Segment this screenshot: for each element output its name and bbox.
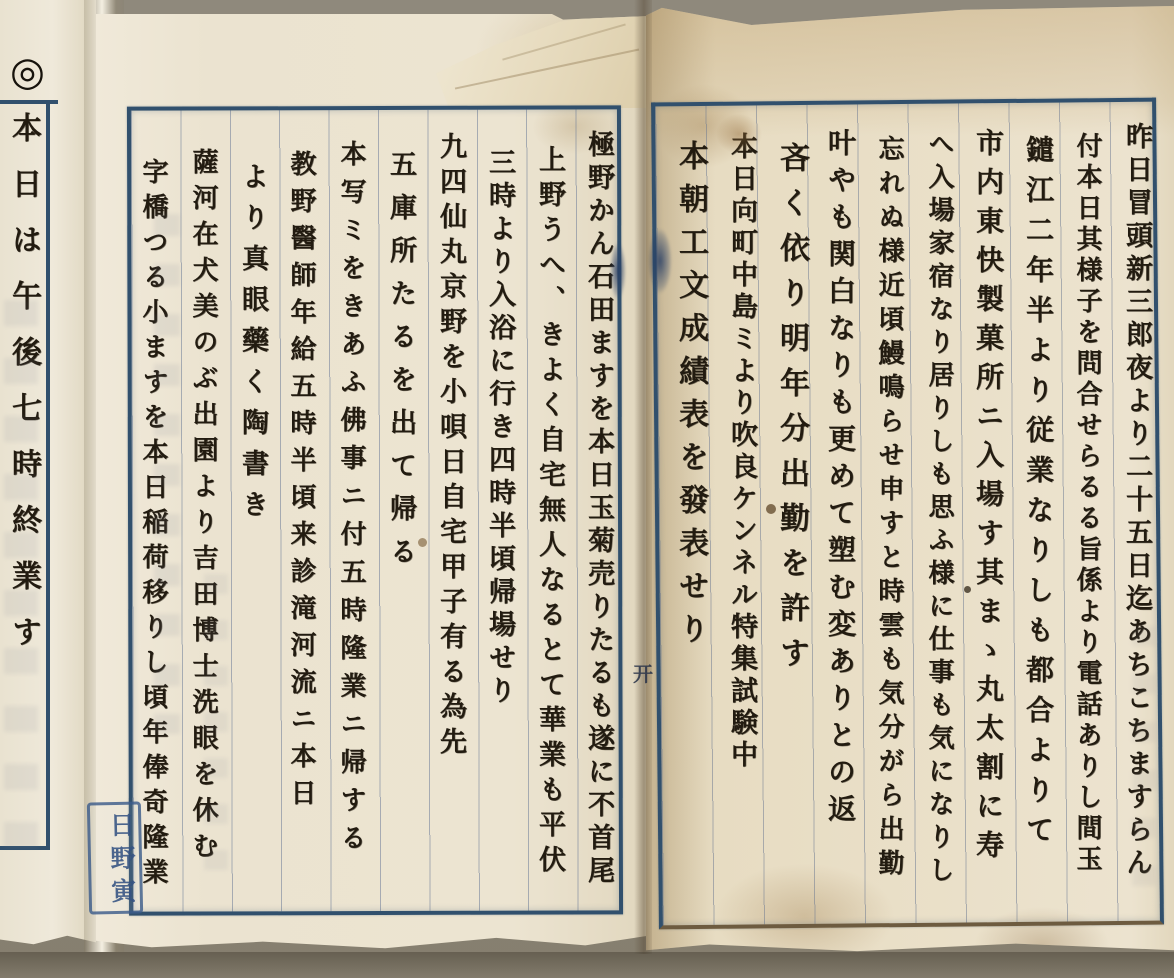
text-column: 本日向町中島ミより吹良ケンネル特集試験中 <box>720 132 762 772</box>
text-column: 三時より入浴に行き四時半頃帰場せり <box>478 148 520 709</box>
right-page: 昨日冒頭新三郎夜より二十五日迄あちこちますらん 付本日其様子を問合せらるる旨係よ… <box>646 6 1174 954</box>
prev-frame-bottom-rule <box>0 846 50 850</box>
circled-entry-mark: ◎ <box>10 52 45 92</box>
text-column: 付本日其様子を問合せらるる旨係より電話ありし間玉 <box>1066 132 1108 876</box>
text-column: 吝く依り明年分出勤を許す <box>770 142 812 682</box>
text-column: 忘れぬ様近頃鰻鳴らせ申すと時雲も気分がら出勤 <box>868 135 910 883</box>
gutter-edge-mark: 开 <box>633 658 653 687</box>
torn-corner-flap <box>436 12 650 108</box>
stain-spot <box>418 538 427 547</box>
stain-spot <box>716 114 762 154</box>
gutter-shadow <box>634 0 652 954</box>
text-column: 昨日冒頭新三郎夜より二十五日迄あちこちますらん <box>1115 122 1157 881</box>
text-column: 鑓江二年半より従業なりしも都合よりて <box>1017 135 1059 855</box>
text-column: 本日は午後七時終業す <box>2 112 44 672</box>
text-column: 五庫所たるを出て帰る <box>379 150 421 580</box>
stain-spot <box>964 586 971 593</box>
text-column: より真眼藥く陶書き <box>231 162 273 531</box>
text-column: 九四仙丸京野を小唄日自宅甲子有る為先 <box>429 132 471 762</box>
left-page: 極野かん石田ますを本日玉菊売りたるも遂に不首尾 上野うへ、きよく自宅無人なるとて… <box>96 14 652 952</box>
text-column: 字橋つる小ますを本日稲荷移りし頃年俸奇隆業 <box>132 158 174 893</box>
text-column: 薩河在犬美のぶ出園より吉田博士洗眼を休む <box>182 148 224 868</box>
prev-frame-right-rule <box>46 100 50 850</box>
scanned-diary-spread: ◎ 本日は午後七時終業す 極野かん石田ますを本日玉菊売りたるも遂に不首尾 上野う… <box>0 0 1174 978</box>
photo-background-shadow <box>0 952 1174 978</box>
text-column: 本朝工文成績表を發表せり <box>669 140 711 656</box>
previous-page-strip: ◎ 本日は午後七時終業す <box>0 0 96 950</box>
text-column: 上野うへ、きよく自宅無人なるとて華業も平伏 <box>528 145 570 880</box>
owner-seal-stamp: 日野寅 <box>87 801 143 914</box>
text-column: 本写ミをきあふ佛事ニ付五時隆業ニ帰する <box>330 140 372 862</box>
ink-smudge <box>610 242 626 300</box>
text-column: 教野醫師年給五時半頃来診滝河流ニ本日 <box>280 150 322 816</box>
text-column: へ入場家宿なり居りしも思ふ様に仕事も気になりし <box>918 130 960 889</box>
text-column: 叶やも関白なりも更めて塑む変ありとの返 <box>819 128 861 831</box>
text-column: 市内東快製菓所ニ入場す其まゝ丸太割に寿 <box>967 128 1009 869</box>
stain-spot <box>766 504 776 514</box>
